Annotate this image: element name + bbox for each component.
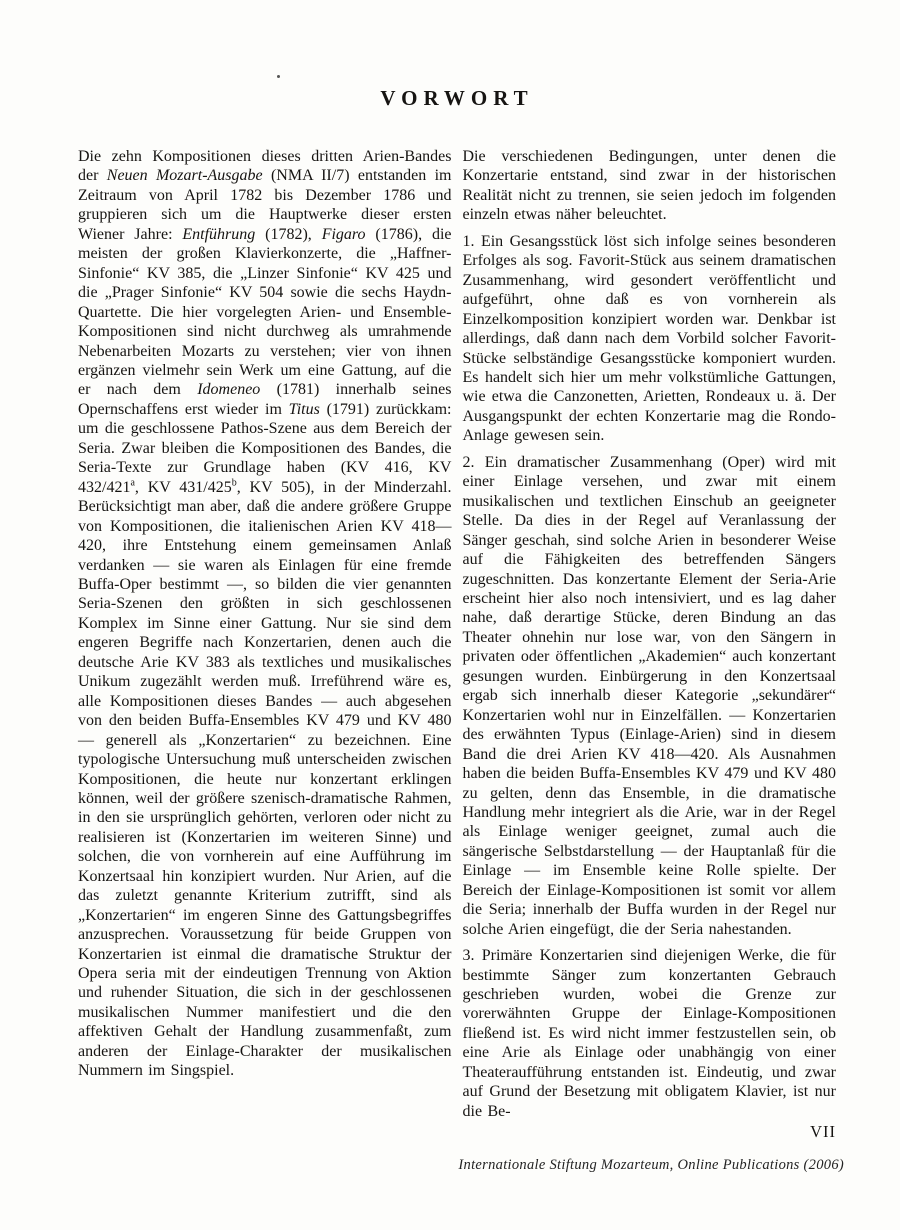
paragraph: 3. Primäre Konzertarien sind diejenigen … (463, 946, 837, 1121)
page-title: VORWORT (78, 86, 836, 111)
page-number: VII (810, 1122, 836, 1142)
footer-credit: Internationale Stiftung Mozarteum, Onlin… (458, 1157, 844, 1174)
text-columns: Die zehn Kompositionen dieses dritten Ar… (78, 147, 836, 1121)
scan-speck (277, 75, 280, 78)
right-column: Die verschiedenen Bedingungen, unter den… (463, 147, 837, 1121)
paragraph: Die zehn Kompositionen dieses dritten Ar… (78, 147, 452, 1081)
paragraph: 2. Ein dramatischer Zusammenhang (Oper) … (463, 453, 837, 939)
document-page: VORWORT Die zehn Kompositionen dieses dr… (0, 0, 900, 1230)
paragraph: Die verschiedenen Bedingungen, unter den… (463, 147, 837, 225)
paragraph: 1. Ein Gesangsstück löst sich infolge se… (463, 232, 837, 446)
left-column: Die zehn Kompositionen dieses dritten Ar… (78, 147, 452, 1121)
